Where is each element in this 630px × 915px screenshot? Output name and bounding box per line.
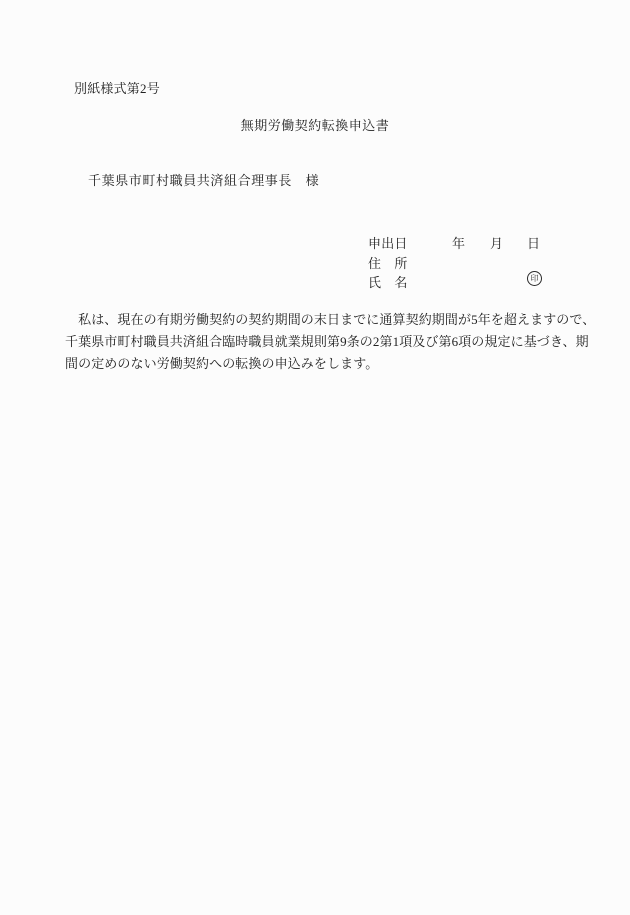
seal-icon: 印 bbox=[527, 271, 542, 286]
body-paragraph-line: 私は、現在の有期労働契約の契約期間の末日までに通算契約期間が5年を超えますので、 bbox=[65, 312, 595, 327]
month-unit-label: 月 bbox=[490, 236, 503, 251]
submission-date-label: 申出日 bbox=[368, 236, 408, 251]
seal-character: 印 bbox=[531, 275, 539, 283]
day-unit-label: 日 bbox=[527, 236, 540, 251]
year-unit-label: 年 bbox=[452, 236, 465, 251]
application-form-page: 別紙様式第2号 無期労働契約転換申込書 千葉県市町村職員共済組合理事長 様 申出… bbox=[0, 0, 630, 915]
addressee-line: 千葉県市町村職員共済組合理事長 様 bbox=[88, 173, 319, 188]
document-title: 無期労働契約転換申込書 bbox=[0, 118, 630, 133]
body-paragraph-line: 千葉県市町村職員共済組合臨時職員就業規則第9条の2第1項及び第6項の規定に基づき… bbox=[65, 334, 589, 349]
body-paragraph-line: 間の定めのない労働契約への転換の申込みをします。 bbox=[65, 356, 378, 371]
name-field-label: 氏 名 bbox=[368, 275, 408, 290]
address-field-label: 住 所 bbox=[368, 256, 408, 271]
form-number-label: 別紙様式第2号 bbox=[74, 81, 160, 96]
